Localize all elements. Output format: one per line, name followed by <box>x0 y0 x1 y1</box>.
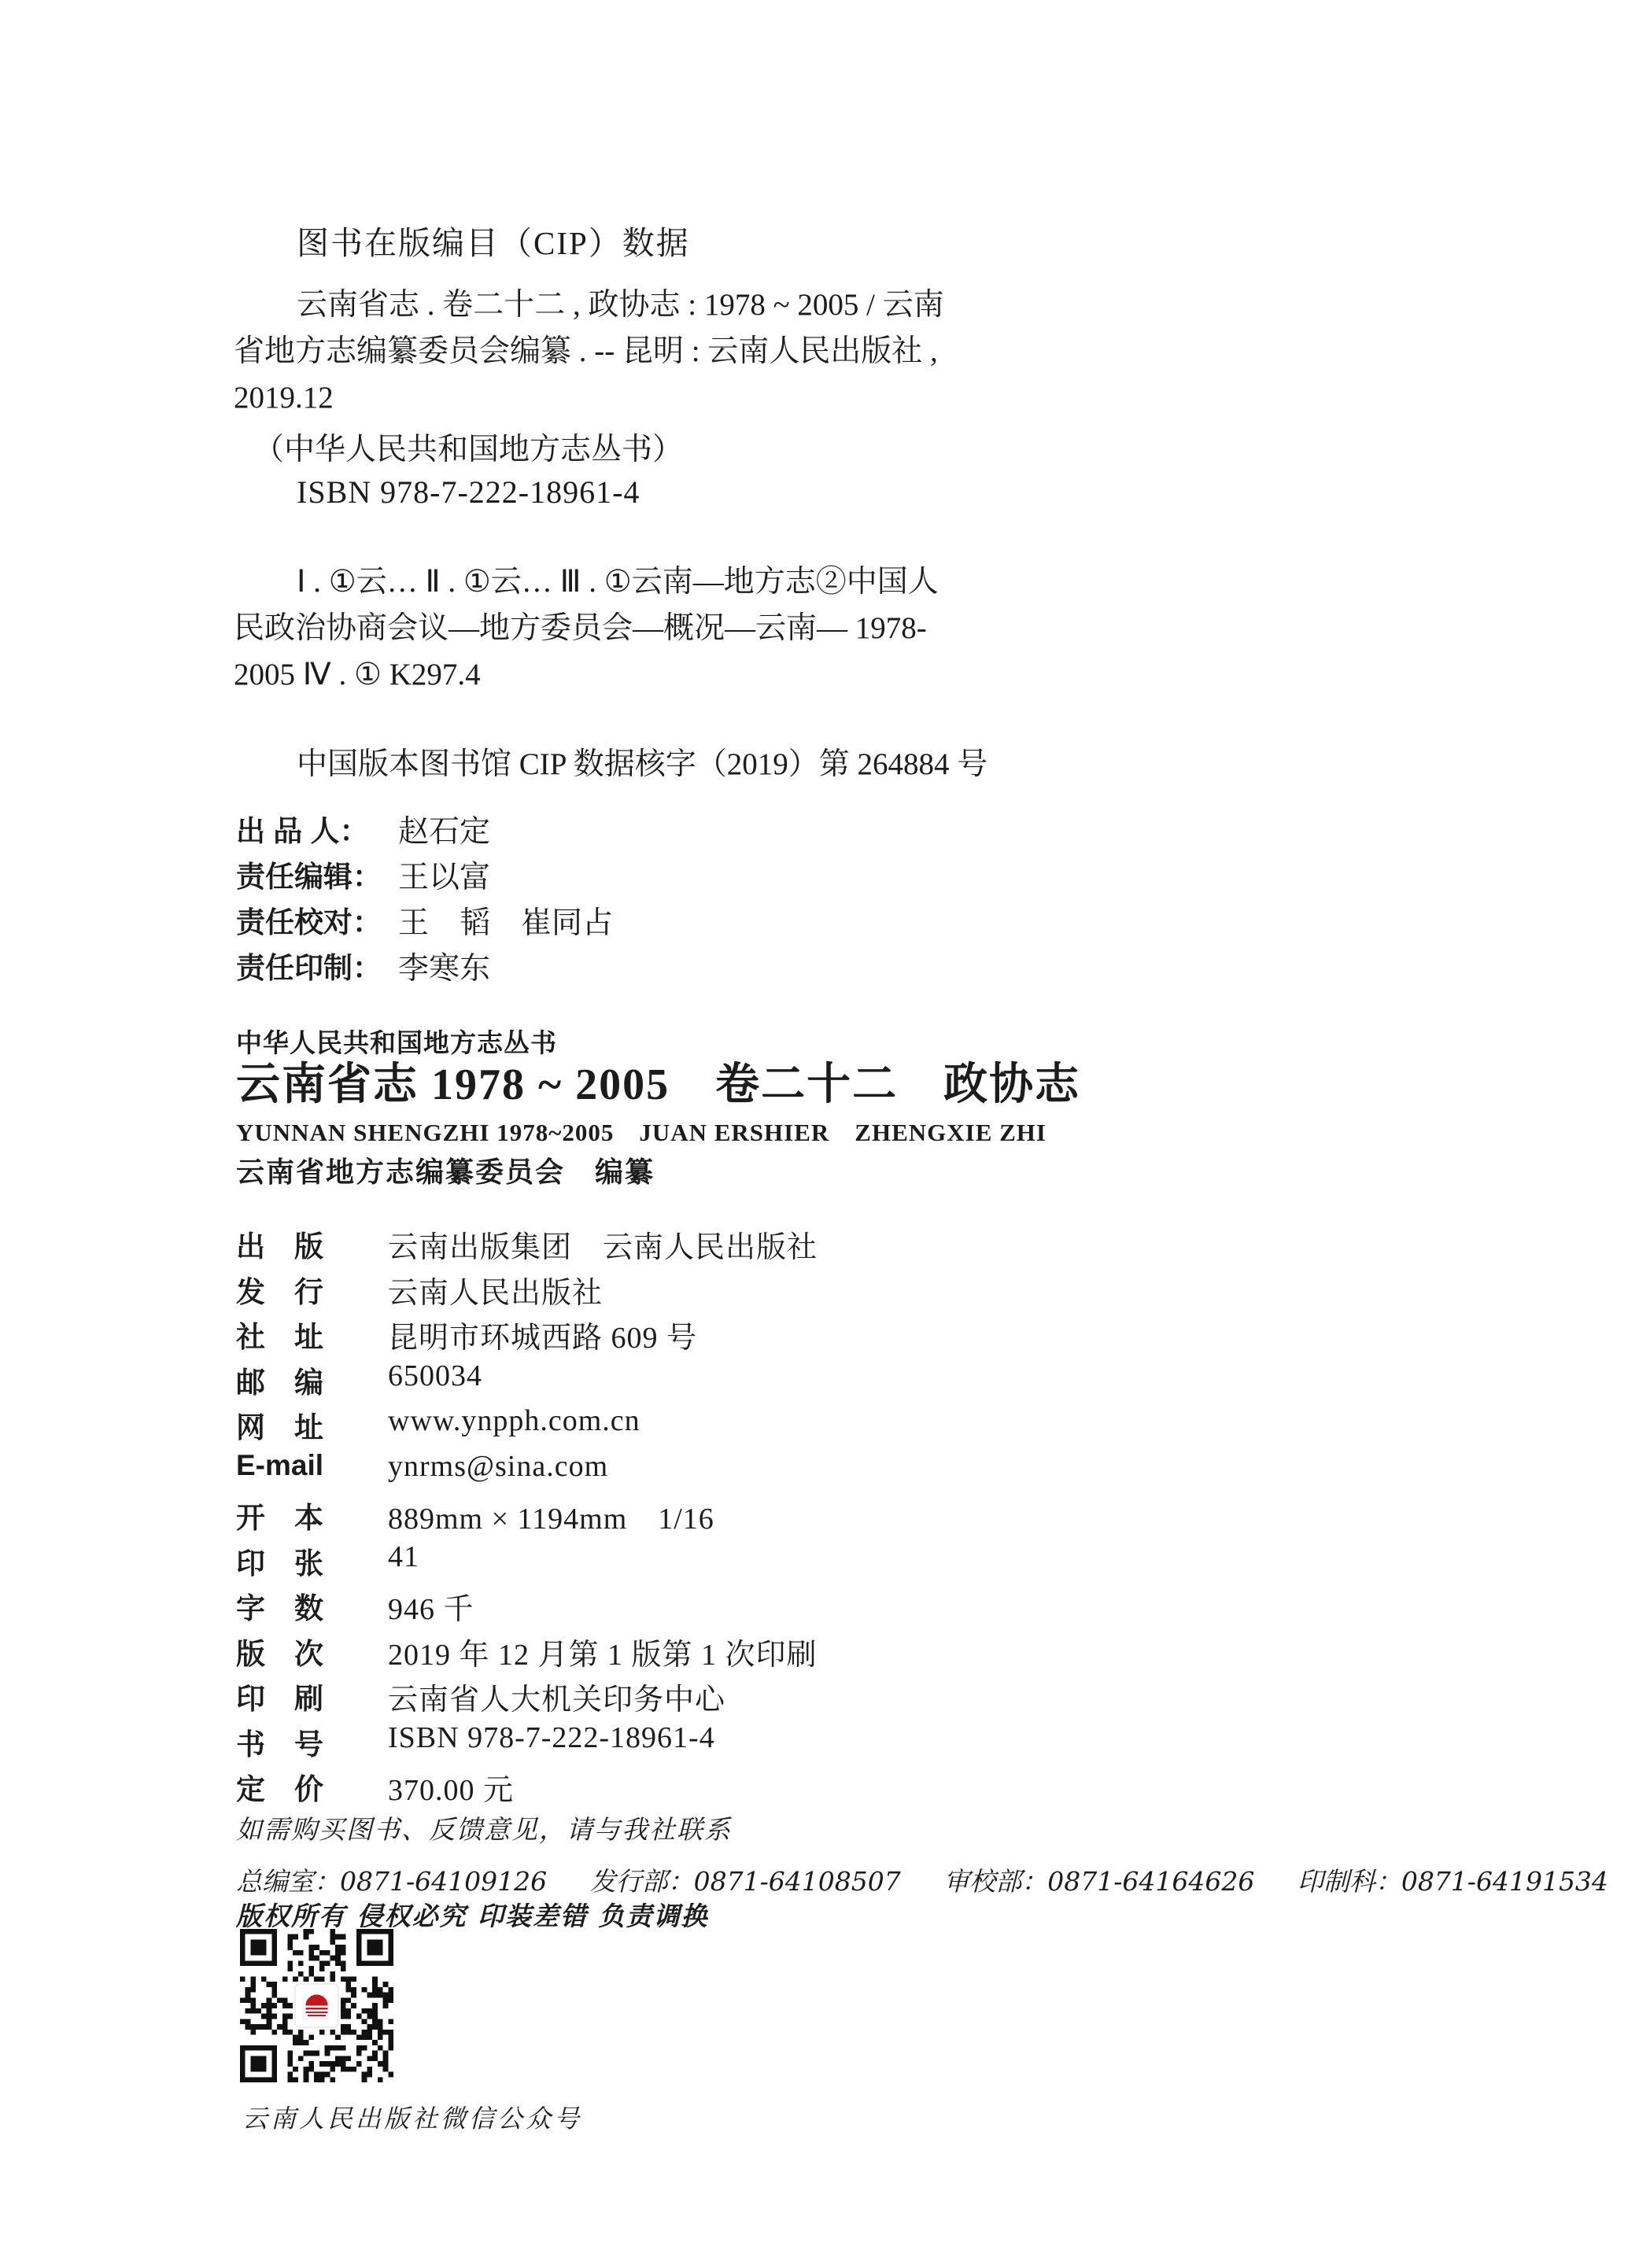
publication-row: 社 址 昆明市环城西路 609 号 <box>236 1313 818 1359</box>
publication-value: 云南出版集团 云南人民出版社 <box>388 1223 818 1266</box>
publication-value: www.ynpph.com.cn <box>388 1403 640 1438</box>
contact-label: 印制科： <box>1298 1866 1401 1897</box>
publication-label: 定 价 <box>236 1765 366 1808</box>
classification-line: 民政治协商会议—地方委员会—概况—云南— 1978- <box>234 605 939 651</box>
publication-value: 41 <box>388 1540 419 1574</box>
publication-row: 开 本 889mm × 1194mm 1/16 <box>236 1494 818 1540</box>
contact-item: 印制科：0871-64191534 <box>1298 1866 1608 1897</box>
publication-value: 昆明市环城西路 609 号 <box>388 1313 697 1356</box>
publication-label: E-mail <box>236 1449 366 1482</box>
credit-row: 责任印制： 李寒东 <box>236 944 613 990</box>
credit-value: 赵石定 <box>398 807 490 851</box>
contact-item: 发行部：0871-64108507 <box>590 1866 901 1897</box>
credit-row: 责任编辑： 王以富 <box>236 853 613 898</box>
publication-label: 发 行 <box>236 1268 366 1311</box>
series-note: （中华人民共和国地方志丛书） <box>253 425 683 469</box>
publication-row: 书 号 ISBN 978-7-222-18961-4 <box>236 1720 818 1766</box>
contact-numbers: 总编室：0871-64109126 发行部：0871-64108507 审校部：… <box>236 1861 1639 1898</box>
credit-label: 责任校对： <box>236 898 386 941</box>
classification-line: Ⅰ . ①云… Ⅱ . ①云… Ⅲ . ①云南—地方志②中国人 <box>234 559 939 605</box>
publication-label: 开 本 <box>236 1494 366 1536</box>
credit-label: 责任印制： <box>236 944 386 986</box>
credit-value: 王 韬 崔同占 <box>398 898 613 942</box>
publication-label: 社 址 <box>236 1313 366 1355</box>
publication-label: 字 数 <box>236 1584 366 1627</box>
contact-item: 总编室：0871-64109126 <box>236 1866 547 1897</box>
cip-description: 云南省志 . 卷二十二 , 政协志 : 1978 ~ 2005 / 云南 省地方… <box>234 282 944 421</box>
contact-label: 总编室： <box>236 1866 340 1897</box>
cip-description-line: 省地方志编纂委员会编纂 . -- 昆明 : 云南人民出版社 , <box>234 328 944 374</box>
publication-value: 889mm × 1194mm 1/16 <box>388 1494 714 1537</box>
cip-record-number: 中国版本图书馆 CIP 数据核字（2019）第 264884 号 <box>297 739 987 784</box>
publication-label: 出 版 <box>236 1223 366 1265</box>
publication-value: 946 千 <box>388 1584 474 1628</box>
contact-phone: 0871-64164626 <box>1047 1866 1254 1897</box>
qr-caption: 云南人民出版社微信公众号 <box>242 2099 582 2135</box>
publication-row: 字 数 946 千 <box>236 1584 818 1630</box>
publication-row: 邮 编 650034 <box>236 1359 818 1404</box>
cip-header: 图书在版编目（CIP）数据 <box>297 217 690 264</box>
qr-code-icon <box>240 1929 393 2082</box>
credit-value: 王以富 <box>398 853 490 897</box>
publication-value: 2019 年 12 月第 1 版第 1 次印刷 <box>388 1630 818 1673</box>
publication-value: 云南人民出版社 <box>388 1268 603 1311</box>
publication-value: 650034 <box>388 1359 482 1393</box>
publication-row: 发 行 云南人民出版社 <box>236 1268 818 1314</box>
copyright-notice: 版权所有 侵权必究 印装差错 负责调换 <box>236 1896 708 1933</box>
credit-label: 出 品 人： <box>236 807 386 850</box>
publication-label: 书 号 <box>236 1720 366 1763</box>
contact-phone: 0871-64109126 <box>340 1866 547 1897</box>
credit-row: 出 品 人： 赵石定 <box>236 807 613 853</box>
publication-row: 定 价 370.00 元 <box>236 1765 818 1811</box>
compiler-line: 云南省地方志编纂委员会 编纂 <box>236 1150 655 1190</box>
publication-label: 邮 编 <box>236 1359 366 1401</box>
contact-item: 审校部：0871-64164626 <box>943 1866 1254 1897</box>
book-title: 云南省志 1978 ~ 2005 卷二十二 政协志 <box>236 1049 1080 1112</box>
contact-phone: 0871-64108507 <box>694 1866 901 1897</box>
publication-details: 出 版 云南出版集团 云南人民出版社 发 行 云南人民出版社 社 址 昆明市环城… <box>236 1223 818 1811</box>
publication-value: 云南省人大机关印务中心 <box>388 1675 725 1718</box>
publication-label: 印 张 <box>236 1540 366 1582</box>
credit-value: 李寒东 <box>398 944 490 988</box>
publication-row: 版 次 2019 年 12 月第 1 版第 1 次印刷 <box>236 1630 818 1676</box>
publication-label: 版 次 <box>236 1630 366 1672</box>
staff-credits: 出 品 人： 赵石定 责任编辑： 王以富 责任校对： 王 韬 崔同占 责任印制：… <box>236 807 613 990</box>
wechat-qr-code <box>240 1929 393 2082</box>
publication-value: ISBN 978-7-222-18961-4 <box>388 1720 715 1755</box>
credit-row: 责任校对： 王 韬 崔同占 <box>236 898 613 944</box>
publication-value: 370.00 元 <box>388 1765 514 1809</box>
credit-label: 责任编辑： <box>236 853 386 895</box>
publication-value: ynrms@sina.com <box>388 1449 608 1484</box>
publication-row: 印 张 41 <box>236 1540 818 1585</box>
contact-label: 审校部： <box>943 1866 1047 1897</box>
publication-row: 印 刷 云南省人大机关印务中心 <box>236 1675 818 1720</box>
cip-classification: Ⅰ . ①云… Ⅱ . ①云… Ⅲ . ①云南—地方志②中国人 民政治协商会议—… <box>234 559 939 698</box>
contact-label: 发行部： <box>590 1866 694 1897</box>
publication-row: 网 址 www.ynpph.com.cn <box>236 1403 818 1449</box>
contact-phone: 0871-64191534 <box>1401 1866 1608 1897</box>
cip-description-line: 云南省志 . 卷二十二 , 政协志 : 1978 ~ 2005 / 云南 <box>234 282 944 328</box>
isbn-number: ISBN 978-7-222-18961-4 <box>297 474 640 511</box>
publication-label: 网 址 <box>236 1403 366 1446</box>
classification-line: 2005 Ⅳ . ① K297.4 <box>234 651 939 698</box>
book-title-romanization: YUNNAN SHENGZHI 1978~2005 JUAN ERSHIER Z… <box>236 1112 1047 1148</box>
publication-row: E-mail ynrms@sina.com <box>236 1449 818 1495</box>
publication-row: 出 版 云南出版集团 云南人民出版社 <box>236 1223 818 1268</box>
publication-label: 印 刷 <box>236 1675 366 1717</box>
cip-description-line: 2019.12 <box>234 374 944 421</box>
purchase-note: 如需购买图书、反馈意见，请与我社联系 <box>236 1809 732 1846</box>
